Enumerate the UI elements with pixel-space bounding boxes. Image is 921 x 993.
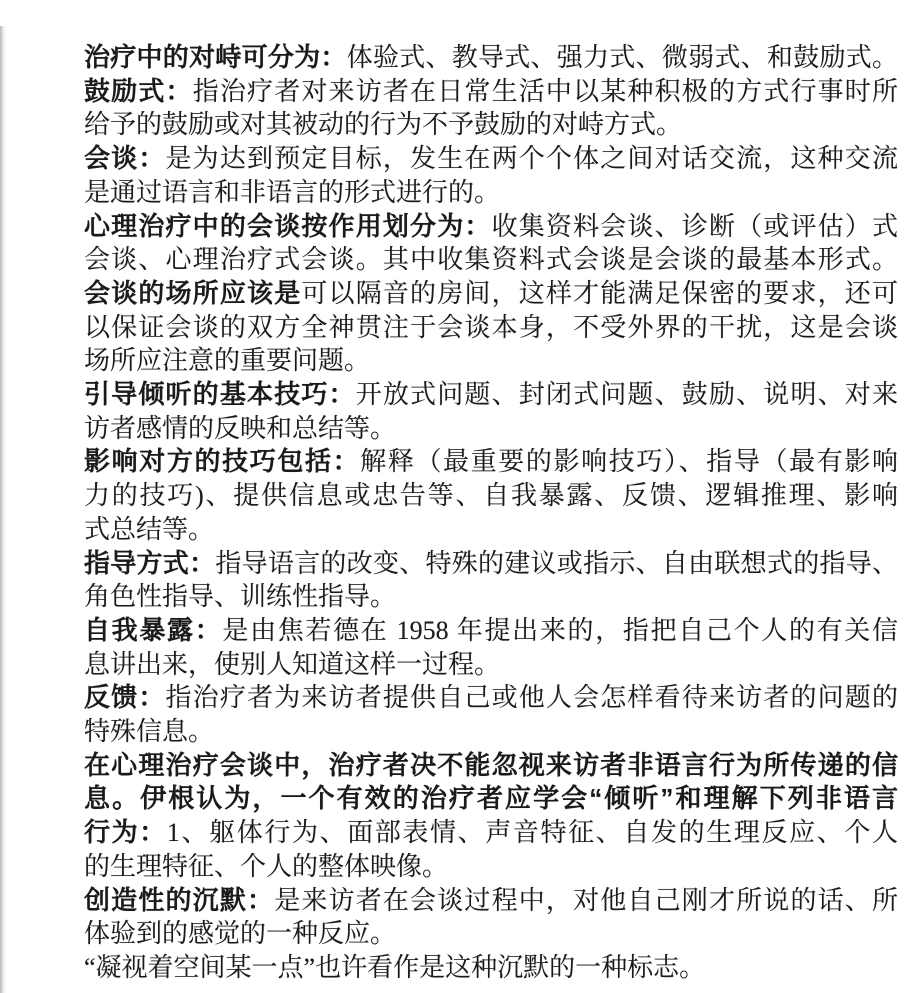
text-line: 创造性的沉默：是来访者在会谈过程中，对他自己刚才所说的话、所 xyxy=(84,884,898,918)
term-heading: 治疗中的对峙可分为： xyxy=(84,42,347,72)
text-line: 指导方式：指导语言的改变、特殊的建议或指示、自由联想式的指导、 xyxy=(84,547,898,581)
text-segment: 收集资料会谈、诊断（或评估）式 xyxy=(492,212,898,241)
text-segment: 式总结等。 xyxy=(84,515,214,544)
text-segment: 是通过语言和非语言的形式进行的。 xyxy=(84,178,500,207)
text-line: 给予的鼓励或对其被动的行为不予鼓励的对峙方式。 xyxy=(84,108,898,142)
term-heading: 心理治疗中的会谈按作用划分为： xyxy=(84,211,492,241)
text-line: 会谈、心理治疗式会谈。其中收集资料式会谈是会谈的最基本形式。 xyxy=(84,243,898,277)
text-segment: “凝视着空间某一点”也许看作是这种沉默的一种标志。 xyxy=(84,953,705,982)
text-segment: 解释（最重要的影响技巧）、指导（最有影响 xyxy=(360,447,898,476)
term-heading: 自我暴露： xyxy=(84,615,222,645)
text-segment: 1、躯体行为、面部表情、声音特征、自发的生理反应、个人 xyxy=(167,818,898,847)
text-segment: 给予的鼓励或对其被动的行为不予鼓励的对峙方式。 xyxy=(84,110,682,139)
text-segment: 场所应注意的重要问题。 xyxy=(84,346,370,375)
text-segment: 访者感情的反映和总结等。 xyxy=(84,414,396,443)
term-heading: 鼓励式： xyxy=(84,76,193,106)
text-line: 影响对方的技巧包括：解释（最重要的影响技巧）、指导（最有影响 xyxy=(84,445,898,479)
text-segment: 指治疗者对来访者在日常生活中以某种积极的方式行事时所 xyxy=(193,77,898,106)
text-line: 场所应注意的重要问题。 xyxy=(84,344,898,378)
text-line: 心理治疗中的会谈按作用划分为：收集资料会谈、诊断（或评估）式 xyxy=(84,210,898,244)
text-line: 体验到的感觉的一种反应。 xyxy=(84,917,898,951)
term-heading: 指导方式： xyxy=(84,548,215,578)
text-segment: 角色性指导、训练性指导。 xyxy=(84,582,396,611)
term-heading: 影响对方的技巧包括： xyxy=(84,446,360,476)
text-segment: 指导语言的改变、特殊的建议或指示、自由联想式的指导、 xyxy=(215,549,898,578)
text-line: 访者感情的反映和总结等。 xyxy=(84,412,898,446)
text-line: 特殊信息。 xyxy=(84,715,898,749)
text-segment: 可以隔音的房间，这样才能满足保密的要求，还可 xyxy=(301,279,898,308)
term-heading: 会谈的场所应该是 xyxy=(84,278,301,308)
text-line: 自我暴露：是由焦若德在 1958 年提出来的，指把自己个人的有关信 xyxy=(84,614,898,648)
term-heading: 创造性的沉默： xyxy=(84,885,274,915)
text-line: 角色性指导、训练性指导。 xyxy=(84,580,898,614)
text-segment: 开放式问题、封闭式问题、鼓励、说明、对来 xyxy=(356,380,898,409)
text-segment: 指治疗者为来访者提供自己或他人会怎样看待来访者的问题的 xyxy=(166,683,898,712)
text-segment: 特殊信息。 xyxy=(84,717,214,746)
term-heading: 息。伊根认为，一个有效的治疗者应学会“倾听”和理解下列非语言 xyxy=(84,783,898,813)
text-line: 会谈：是为达到预定目标，发生在两个个体之间对话交流，这种交流 xyxy=(84,142,898,176)
text-line: 力的技巧)、提供信息或忠告等、自我暴露、反馈、逻辑推理、影响 xyxy=(84,479,898,513)
text-segment: 是由焦若德在 1958 年提出来的，指把自己个人的有关信 xyxy=(222,616,898,645)
text-line: 行为：1、躯体行为、面部表情、声音特征、自发的生理反应、个人 xyxy=(84,816,898,850)
text-segment: 是来访者在会谈过程中，对他自己刚才所说的话、所 xyxy=(274,886,898,915)
text-line: 治疗中的对峙可分为：体验式、教导式、强力式、微弱式、和鼓励式。 xyxy=(84,41,898,75)
text-line: 反馈：指治疗者为来访者提供自己或他人会怎样看待来访者的问题的 xyxy=(84,681,898,715)
text-segment: 力的技巧)、提供信息或忠告等、自我暴露、反馈、逻辑推理、影响 xyxy=(84,481,898,510)
text-segment: 以保证会谈的双方全神贯注于会谈本身，不受外界的干扰，这是会谈 xyxy=(84,313,898,342)
term-heading: 反馈： xyxy=(84,682,166,712)
document-page: 治疗中的对峙可分为：体验式、教导式、强力式、微弱式、和鼓励式。鼓励式：指治疗者对… xyxy=(84,41,898,985)
text-segment: 体验式、教导式、强力式、微弱式、和鼓励式。 xyxy=(347,43,898,72)
text-line: 息讲出来，使别人知道这样一过程。 xyxy=(84,648,898,682)
text-segment: 体验到的感觉的一种反应。 xyxy=(84,919,396,948)
text-segment: 会谈、心理治疗式会谈。其中收集资料式会谈是会谈的最基本形式。 xyxy=(84,245,898,274)
text-line: 在心理治疗会谈中，治疗者决不能忽视来访者非语言行为所传递的信 xyxy=(84,749,898,783)
text-line: 以保证会谈的双方全神贯注于会谈本身，不受外界的干扰，这是会谈 xyxy=(84,311,898,345)
text-line: 引导倾听的基本技巧：开放式问题、封闭式问题、鼓励、说明、对来 xyxy=(84,378,898,412)
text-segment: 的生理特征、个人的整体映像。 xyxy=(84,852,448,881)
term-heading: 会谈： xyxy=(84,143,166,173)
text-line: 的生理特征、个人的整体映像。 xyxy=(84,850,898,884)
term-heading: 在心理治疗会谈中，治疗者决不能忽视来访者非语言行为所传递的信 xyxy=(84,750,898,780)
term-heading: 行为： xyxy=(84,817,167,847)
text-line: 息。伊根认为，一个有效的治疗者应学会“倾听”和理解下列非语言 xyxy=(84,782,898,816)
text-line: 是通过语言和非语言的形式进行的。 xyxy=(84,176,898,210)
text-line: 式总结等。 xyxy=(84,513,898,547)
text-line: 会谈的场所应该是可以隔音的房间，这样才能满足保密的要求，还可 xyxy=(84,277,898,311)
text-segment: 息讲出来，使别人知道这样一过程。 xyxy=(84,650,500,679)
term-heading: 引导倾听的基本技巧： xyxy=(84,379,356,409)
text-line: “凝视着空间某一点”也许看作是这种沉默的一种标志。 xyxy=(84,951,898,985)
scan-edge-artifact xyxy=(0,26,7,993)
text-segment: 是为达到预定目标，发生在两个个体之间对话交流，这种交流 xyxy=(166,144,898,173)
text-line: 鼓励式：指治疗者对来访者在日常生活中以某种积极的方式行事时所 xyxy=(84,75,898,109)
